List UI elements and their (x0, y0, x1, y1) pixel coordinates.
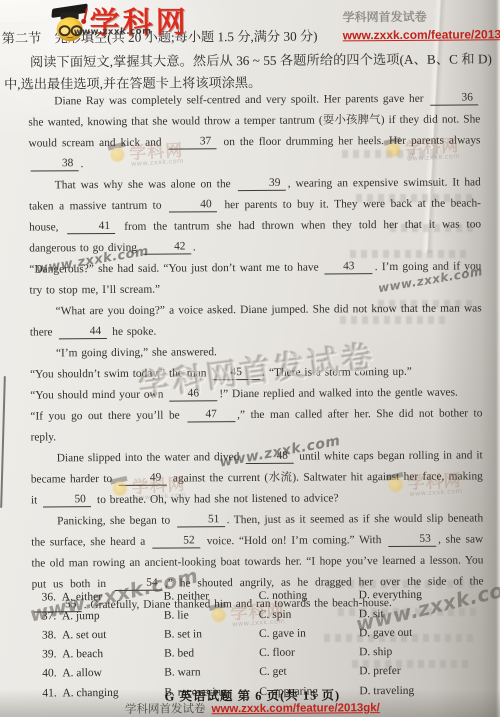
watermark-logo-url: www.zxxk.com (131, 157, 184, 168)
smiley-face-icon (112, 481, 127, 496)
cloze-blank-41: 41 (67, 220, 115, 234)
cloze-blank-52: 52 (152, 534, 200, 548)
cloze-blank-36: 36 (430, 91, 478, 105)
watermark-logo: 学科网 www.zxxk.com (211, 593, 333, 640)
passage-paragraph: “What are you doing?” a voice asked. Dia… (30, 298, 482, 343)
passage-paragraph: That was why she was alone on the 39, we… (29, 172, 482, 259)
zxxk-logo: 学科网 www.zxxk.com (50, 0, 210, 53)
option-38-A: 38. A. set out (42, 629, 164, 642)
option-40-D: D. prefer (359, 665, 494, 678)
option-39-A: 39. A. beach (42, 648, 164, 661)
option-40-A: 40. A. allow (42, 667, 164, 680)
watermark-logo-url: www.zxxk.com (232, 617, 285, 628)
smiley-face-icon (388, 477, 403, 492)
passage-paragraph: “If you go out there you’ll be 47,” the … (30, 403, 482, 448)
logo-url: www.zxxk.com (74, 27, 152, 38)
watermark-logo-url: www.zxxk.com (407, 152, 460, 163)
cloze-blank-44: 44 (58, 325, 106, 339)
watermark-logo: 学科网 www.zxxk.com (385, 128, 500, 175)
watermark-logo: 学科网 www.zxxk.com (388, 463, 500, 510)
watermark-logo-url: www.zxxk.com (409, 487, 462, 498)
cloze-blank-53: 53 (388, 533, 436, 547)
option-40-C: C. get (259, 666, 359, 679)
smiley-face-icon (386, 142, 401, 157)
exam-sheet: 学科网首发试卷 www.zxxk.com/feature/2013gk/ 第二节… (0, 0, 500, 717)
cloze-blank-50: 50 (43, 493, 91, 507)
option-39-B: B. bed (164, 647, 259, 660)
option-39-D: D. ship (359, 645, 494, 658)
cloze-blank-42: 42 (143, 240, 191, 254)
watermark-logo: 学科网 www.zxxk.com (112, 467, 234, 514)
option-39-C: C. floor (259, 646, 359, 659)
footer-url: www.zxxk.com/feature/2013gk/ (211, 702, 379, 715)
cloze-blank-38: 38 (31, 157, 79, 171)
cloze-blank-43: 43 (325, 260, 373, 274)
cloze-blank-39: 39 (238, 177, 286, 191)
option-40-B: B. warn (164, 666, 259, 679)
footer-brand-line: 学科网首发试卷www.zxxk.com/feature/2013gk/ (2, 698, 500, 717)
header-right-title: 学科网首发试卷 (343, 7, 500, 25)
cloze-blank-47: 47 (187, 408, 235, 422)
smiley-face-icon (211, 608, 226, 623)
cloze-blank-40: 40 (169, 198, 217, 212)
watermark-logo-url: www.zxxk.com (133, 491, 186, 502)
cloze-blank-51: 51 (177, 513, 225, 527)
watermark-logo: 学科网 www.zxxk.com (110, 133, 232, 180)
smiley-face-icon (110, 147, 125, 162)
footer-brand-text: 学科网首发试卷 (125, 703, 206, 716)
